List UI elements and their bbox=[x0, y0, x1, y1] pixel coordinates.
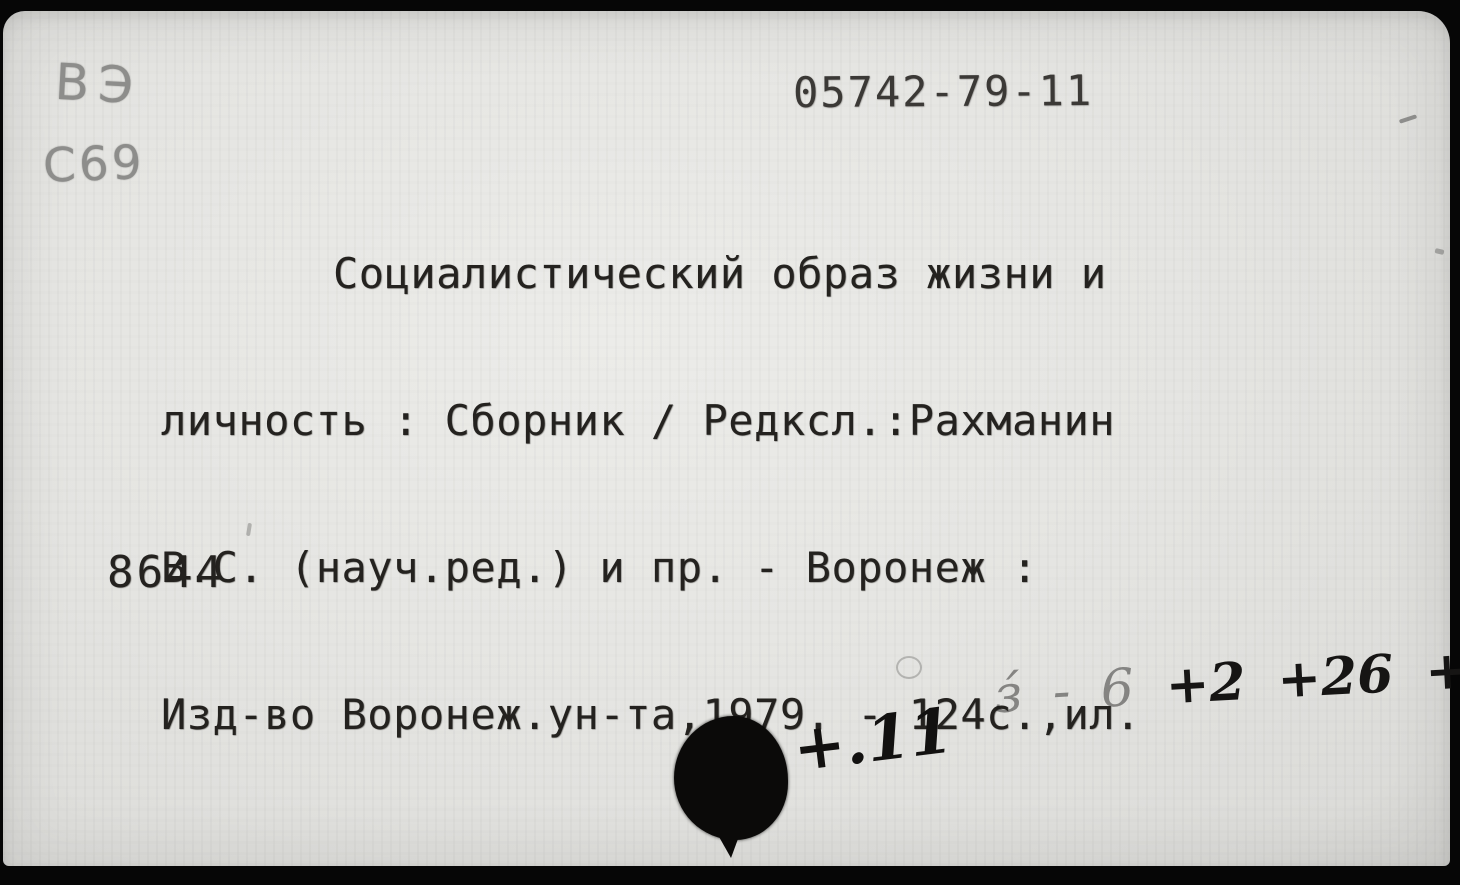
entry-line-title: Социалистический образ жизни и bbox=[161, 249, 1141, 298]
scan-speck-dash bbox=[1399, 114, 1417, 123]
publication-index-number: 05742-79-11 bbox=[793, 66, 1093, 117]
ink-blot-over-punch-hole bbox=[674, 716, 788, 840]
catalog-card: ВЭ С69 05742-79-11 Социалистический обра… bbox=[3, 11, 1450, 866]
pencil-classification-mark-top: ВЭ bbox=[54, 53, 144, 115]
entry-line-editor-place: В.С. (науч.ред.) и пр. - Воронеж : bbox=[161, 543, 1141, 592]
handwritten-tally-faint-part: з́ - 6 bbox=[992, 658, 1135, 725]
pencil-author-mark: С69 bbox=[42, 135, 145, 194]
handwritten-tally-dark-part: +2 +26 +1 bbox=[1132, 638, 1460, 718]
entry-line-subtitle-editors: личность : Сборник / Редксл.:Рахманин bbox=[161, 396, 1141, 445]
accession-number: 8644 bbox=[107, 547, 225, 598]
scan-speck-dot bbox=[1435, 248, 1445, 255]
scanned-catalog-card-photo: ВЭ С69 05742-79-11 Социалистический обра… bbox=[0, 0, 1460, 885]
